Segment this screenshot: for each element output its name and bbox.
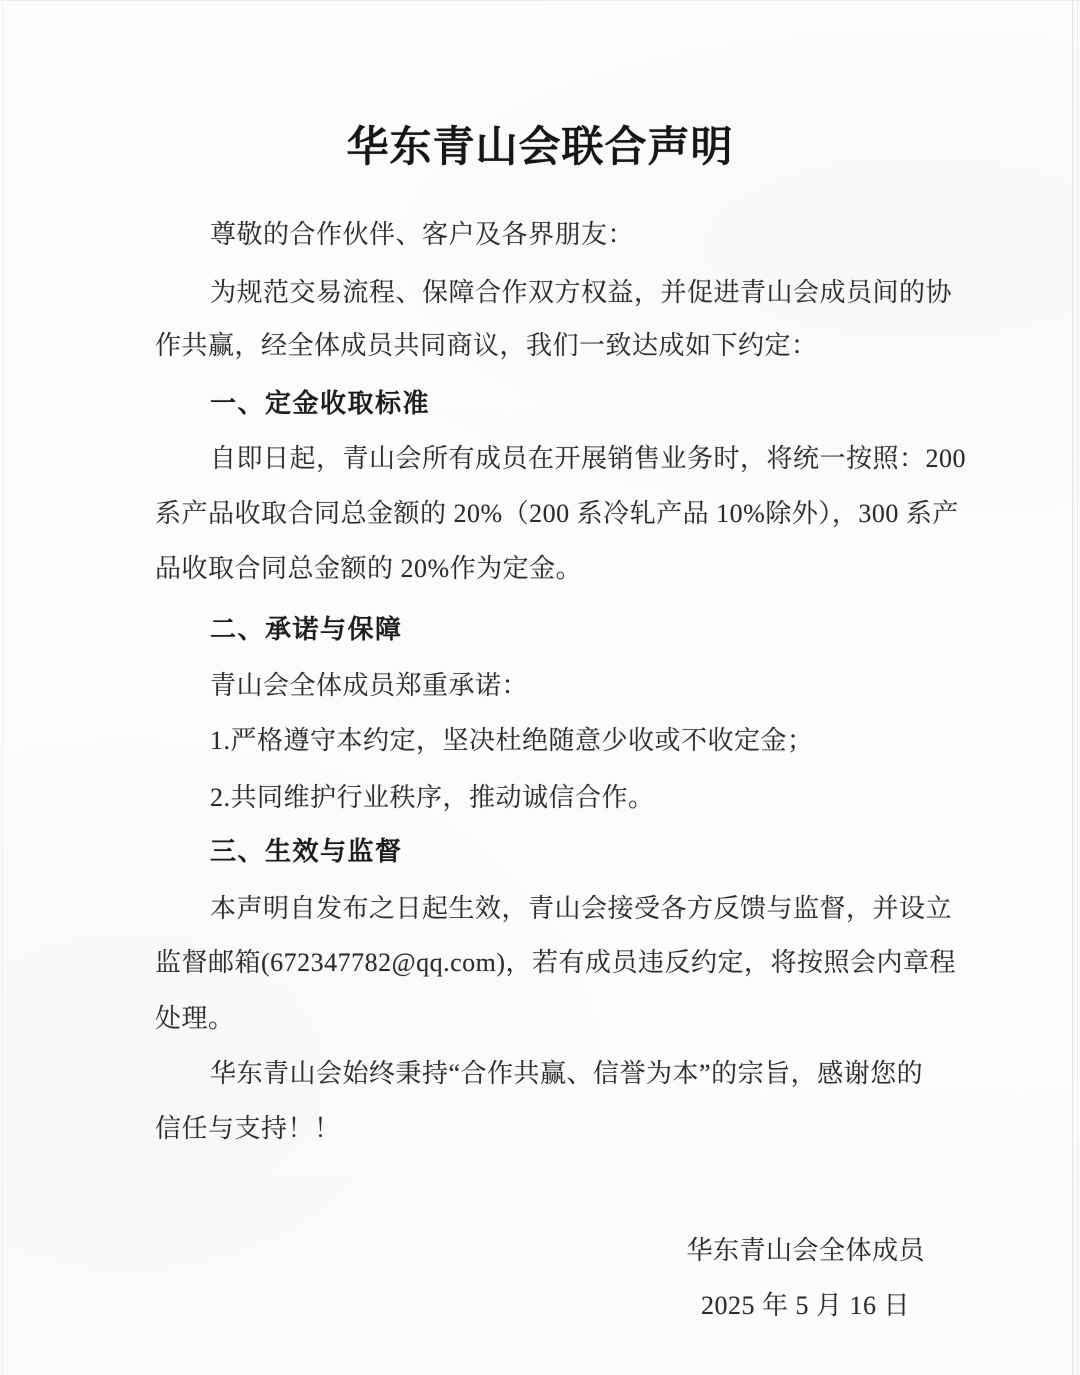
section-2-intro-line: 青山会全体成员郑重承诺： [210,668,528,704]
intro-paragraph-line-1: 为规范交易流程、保障合作双方权益，并促进青山会成员间的协 [210,275,952,311]
section-3-paragraph-line-2: 监督邮箱(672347782@qq.com)，若有成员违反约定，将按照会内章程 [155,945,956,981]
salutation-line: 尊敬的合作伙伴、客户及各界朋友： [210,217,634,253]
intro-paragraph-line-2: 作共赢，经全体成员共同商议，我们一致达成如下约定： [155,328,818,364]
closing-paragraph-line-2: 信任与支持！！ [155,1111,341,1147]
signature-line: 华东青山会全体成员 [686,1233,925,1269]
section-2-list-item-2: 2.共同维护行业秩序，推动诚信合作。 [210,780,655,816]
photo-top-edge-line [0,0,1080,1]
photo-right-edge-line-2 [1077,0,1078,1375]
document-title: 华东青山会联合声明 [0,122,1080,174]
section-1-paragraph-line-3: 品收取合同总金额的 20%作为定金。 [155,551,582,587]
section-3-heading: 三、生效与监督 [210,833,403,869]
section-2-heading: 二、承诺与保障 [210,611,403,647]
section-3-paragraph-line-1: 本声明自发布之日起生效，青山会接受各方反馈与监督，并设立 [210,891,952,927]
photo-right-edge-line [1072,0,1073,1375]
date-line: 2025 年 5 月 16 日 [701,1288,910,1324]
closing-paragraph-line-1: 华东青山会始终秉持“合作共赢、信誉为本”的宗旨，感谢您的 [210,1056,923,1092]
section-1-heading: 一、定金收取标准 [210,385,430,421]
section-1-paragraph-line-2: 系产品收取合同总金额的 20%（200 系冷轧产品 10%除外），300 系产 [155,496,959,532]
section-3-paragraph-line-3: 处理。 [155,1001,235,1037]
section-1-paragraph-line-1: 自即日起，青山会所有成员在开展销售业务时，将统一按照：200 [210,441,966,477]
statement-document-page: 华东青山会联合声明 尊敬的合作伙伴、客户及各界朋友： 为规范交易流程、保障合作双… [0,0,1080,1375]
section-2-list-item-1: 1.严格遵守本约定，坚决杜绝随意少收或不收定金； [210,723,814,759]
photo-left-edge-line [2,0,3,1375]
